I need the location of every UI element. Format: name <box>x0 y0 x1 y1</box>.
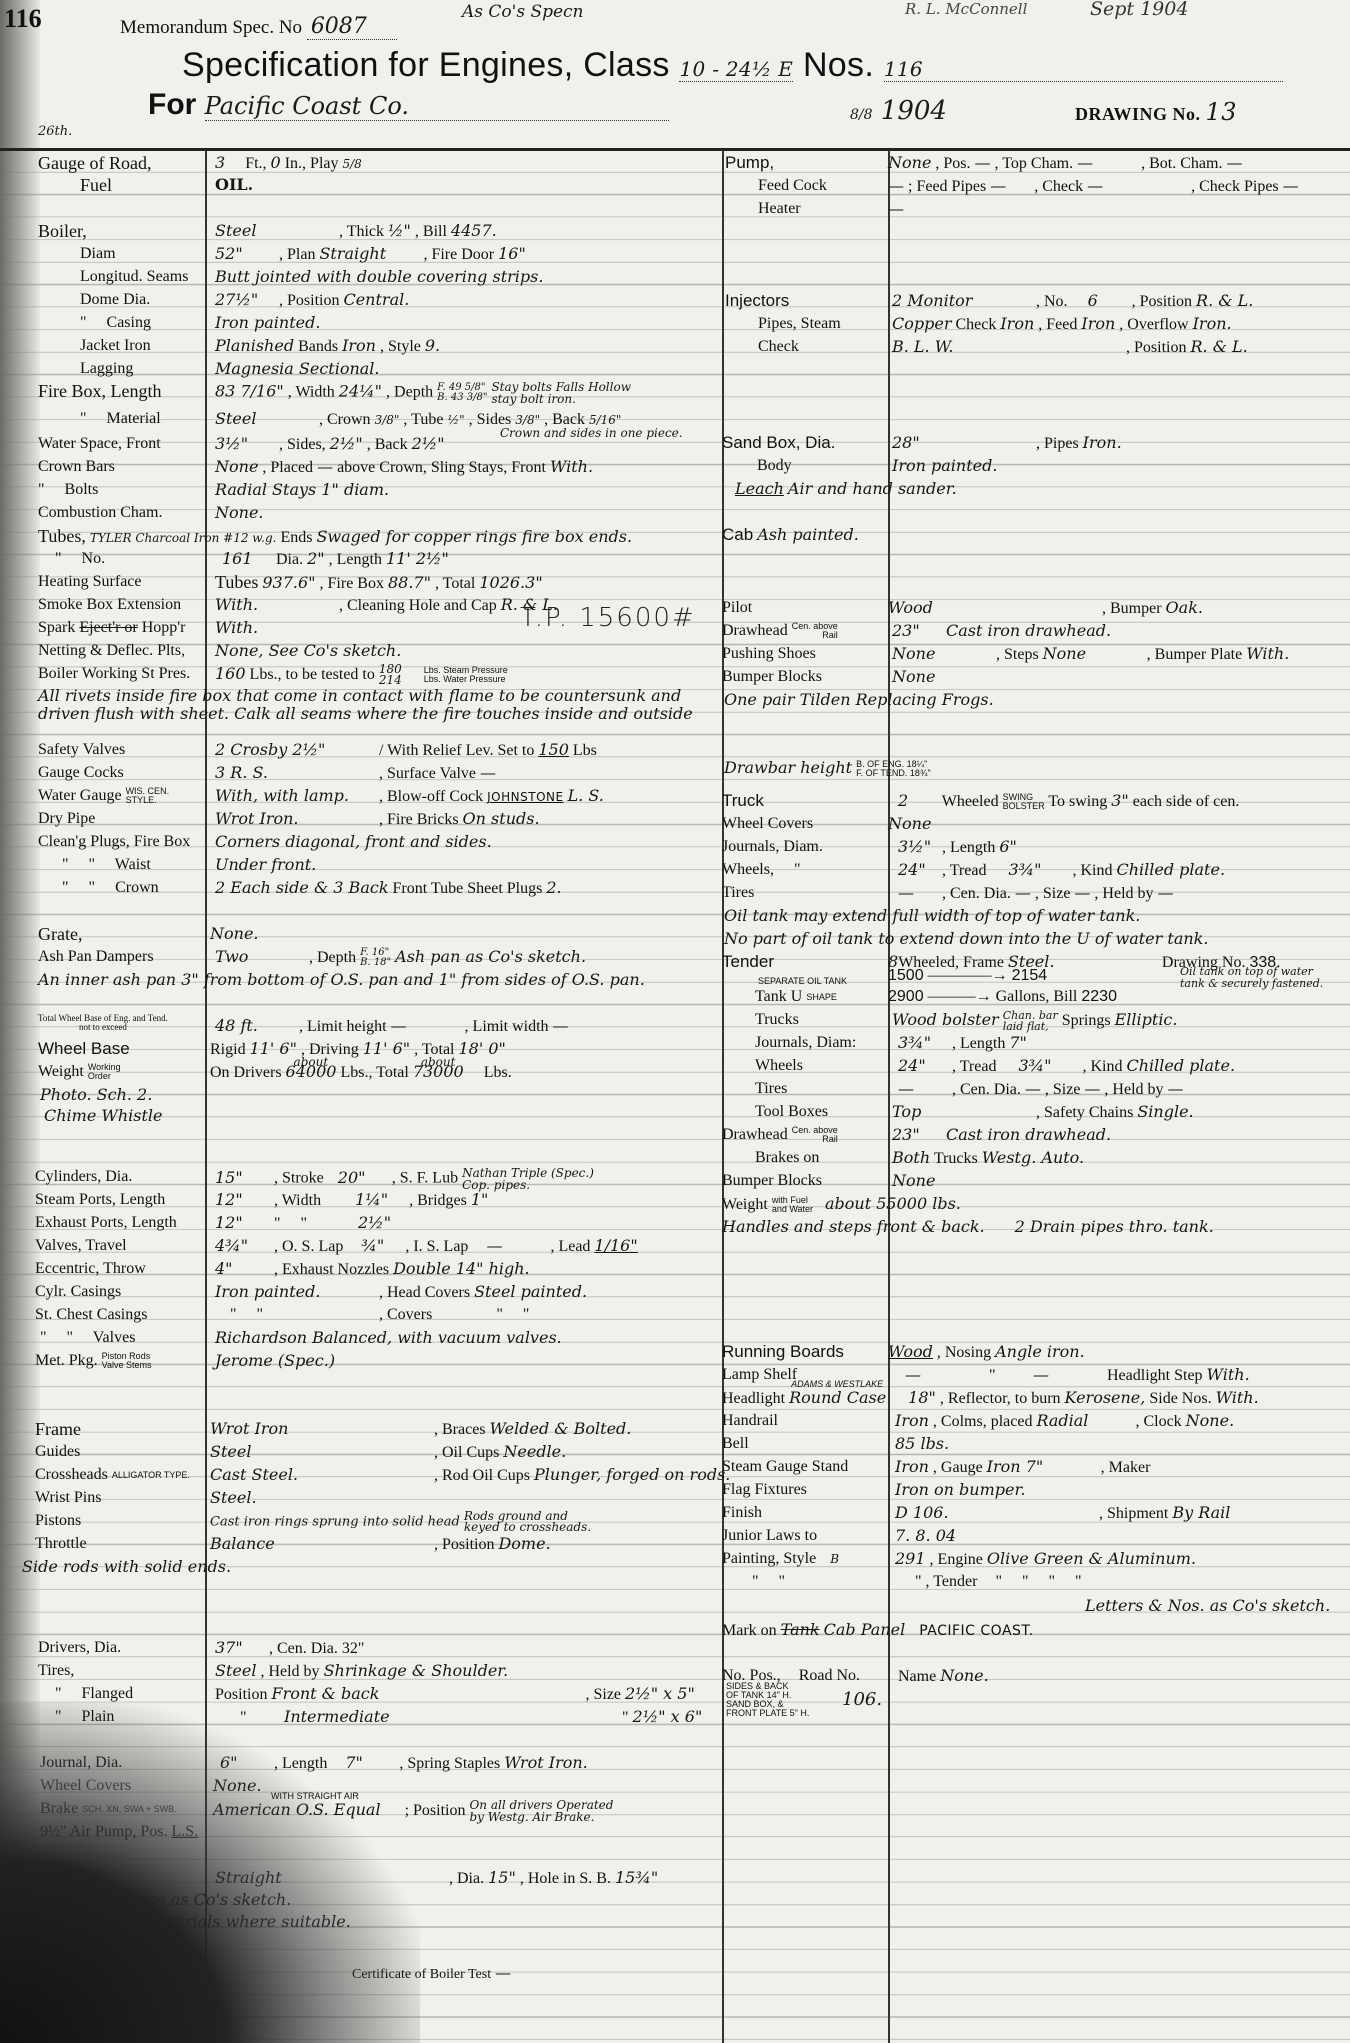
field-label: Heating Surface <box>38 573 142 590</box>
field-label: Injectors <box>725 291 789 310</box>
field-label: Wrist Pins <box>35 1489 101 1506</box>
field-value: — <box>905 1365 985 1385</box>
field-value: Both <box>892 1148 930 1167</box>
wheel-covers-right-value: None <box>888 814 931 835</box>
field-label: , Shipment <box>1099 1505 1168 1522</box>
lagging-row: Lagging <box>80 359 133 379</box>
field-value: None <box>892 644 992 664</box>
field-label: , Bridges <box>409 1192 467 1209</box>
pushing-row: Pushing Shoes <box>722 644 816 664</box>
field-value: 23" <box>892 1125 942 1145</box>
field-label: Ash Pan Dampers <box>38 948 154 965</box>
field-label: not to exceed <box>38 1023 168 1032</box>
frame-values: Wrot Iron , Braces Welded & Bolted. <box>210 1419 631 1440</box>
field-value: 1026.3" <box>479 573 542 592</box>
lubricator: Nathan Triple (Spec.) Cop. pipes. <box>462 1167 594 1191</box>
field-label: Pilot <box>722 599 752 616</box>
field-label: , Check Pipes <box>1191 178 1279 195</box>
material-row: " Material <box>80 409 161 429</box>
field-label: Fuel <box>80 175 112 195</box>
eccentric-row: Eccentric, Throw <box>35 1259 146 1279</box>
field-label: , Engine <box>930 1551 983 1568</box>
field-value: 106. <box>842 1689 882 1710</box>
pipes-steam-values: Copper Check Iron , Feed Iron , Overflow… <box>892 314 1232 335</box>
field-label: SEPARATE OIL TANK <box>758 977 847 986</box>
field-value: 1/16" <box>594 1236 637 1255</box>
field-label: Trucks <box>755 1011 799 1028</box>
drawhead-values: 23" Cast iron drawhead. <box>892 621 1111 642</box>
field-value: Balance <box>210 1534 430 1554</box>
field-value: — <box>1033 1365 1103 1385</box>
field-value: Plunger, forged on rods. <box>534 1465 730 1484</box>
field-label: Combustion Cham. <box>38 504 162 521</box>
struck-value: Tank <box>781 1620 820 1639</box>
field-label: Order <box>88 1072 121 1081</box>
field-label: Side Nos. <box>1149 1390 1211 1407</box>
field-label: To swing <box>1048 793 1107 810</box>
field-label: " No. <box>55 550 105 567</box>
field-value: Ash pan as Co's sketch. <box>395 947 586 966</box>
field-value: Wrot Iron <box>210 1419 430 1439</box>
field-label: Feed Cock <box>758 177 827 194</box>
exhaust-ports-row: Exhaust Ports, Length <box>35 1213 177 1233</box>
field-value: 3 <box>215 153 225 172</box>
ditto-mark: " " <box>496 1306 529 1323</box>
field-label: Body <box>757 457 792 474</box>
tender-wheels-values: 24" , Tread 3¾" , Kind Chilled plate. <box>898 1056 1235 1077</box>
brakes-on-row: Brakes on <box>755 1148 819 1168</box>
field-value: None, See Co's sketch. <box>215 641 401 660</box>
field-value: Corners diagonal, front and sides. <box>215 832 492 851</box>
field-value: ¾" <box>361 1236 401 1256</box>
field-label: Valve Stems <box>102 1361 152 1370</box>
field-value: 150 <box>538 740 569 759</box>
oil-tank-note-1: Oil tank may extend full width of top of… <box>724 906 1140 927</box>
field-label: Headlight <box>722 1390 785 1407</box>
sand-box-values: 28" , Pipes Iron. <box>892 433 1122 454</box>
flag-value: Iron on bumper. <box>895 1480 1025 1501</box>
loco-note: 26th. <box>38 124 72 139</box>
chest-valves-row: " " Valves <box>40 1328 135 1348</box>
field-label: , Bot. Cham. <box>1141 155 1222 172</box>
right-column-divider <box>888 150 890 2043</box>
plugs-waist-value: Under front. <box>215 855 316 876</box>
field-label: , Thick <box>339 223 384 240</box>
total-wb-row: Total Wheel Base of Eng. and Tend. not t… <box>38 1014 168 1036</box>
field-value: Elliptic. <box>1115 1010 1178 1029</box>
about-note: about <box>421 1052 456 1072</box>
field-label: Weight <box>722 1196 768 1213</box>
field-value: D 106. <box>895 1503 1095 1523</box>
field-value: 48 ft. <box>215 1016 295 1036</box>
field-value: B. 43 3/8" <box>437 393 487 403</box>
field-label: Jacket Iron <box>80 337 151 354</box>
field-value: With. <box>1246 644 1289 663</box>
field-label: Headlight Step <box>1107 1367 1203 1384</box>
field-label: Wheel Base <box>38 1039 130 1058</box>
field-label: Tank U <box>755 988 802 1005</box>
field-label: Netting & Deflec. Plts, <box>38 642 185 659</box>
painting-tender-row: " " <box>752 1572 785 1592</box>
field-label: , Limit width <box>465 1018 549 1035</box>
field-label: Crossheads <box>35 1466 108 1483</box>
field-label: " " Waist <box>62 856 151 873</box>
field-value: Two <box>215 947 305 967</box>
painting-values: 291 , Engine Olive Green & Aluminum. <box>895 1549 1196 1570</box>
field-label: , Crown <box>319 411 371 428</box>
field-value: 2154 <box>1012 967 1048 984</box>
field-label: , Bill <box>415 223 447 240</box>
number-positions: SIDES & BACK OF TANK 14" H. SAND BOX, & … <box>726 1682 809 1718</box>
mark-on-row: Mark on Tank Cab Panel PACIFIC COAST. <box>722 1620 1034 1641</box>
field-label: Tender <box>722 952 774 971</box>
field-value: Double 14" high. <box>393 1259 530 1278</box>
field-value: — <box>888 199 904 218</box>
photo-note: Photo. Sch. 2. <box>40 1085 152 1106</box>
wheels-values: 24" , Tread 3¾" , Kind Chilled plate. <box>898 860 1225 881</box>
gauge-row: Gauge of Road, <box>38 153 151 175</box>
field-value: Cast iron rings sprung into solid head <box>210 1515 460 1530</box>
field-value: Cast iron drawhead. <box>946 621 1111 640</box>
field-label: Springs <box>1062 1012 1111 1029</box>
field-label: Valves, Travel <box>35 1237 127 1254</box>
field-value: 12" <box>215 1190 270 1210</box>
frame-row: Frame <box>35 1419 81 1441</box>
field-label: Name <box>898 1668 936 1685</box>
field-value: 1¼" <box>355 1190 405 1210</box>
field-value: None <box>892 667 935 686</box>
tender-weight-sub: with Fuel and Water <box>772 1196 813 1214</box>
netting-row: Netting & Deflec. Plts, <box>38 641 185 661</box>
field-value: Ash painted. <box>757 525 859 544</box>
field-value: ½" <box>447 413 464 427</box>
field-label: , Bumper Plate <box>1147 646 1243 663</box>
field-label: above Crown, Sling Stays, Front <box>337 459 546 476</box>
field-label: , Plan <box>279 246 315 263</box>
injectors-values: 2 Monitor , No. 6 , Position R. & L. <box>892 291 1253 312</box>
title-text: Specification for Engines, Class <box>182 46 670 84</box>
field-value: 32" <box>342 1640 365 1657</box>
cylinders-row: Cylinders, Dia. <box>35 1167 132 1187</box>
field-value: With. <box>1216 1388 1259 1407</box>
field-value: Magnesia Sectional. <box>215 359 380 378</box>
field-label: Weight <box>38 1063 84 1080</box>
memo-number: 6087 <box>307 14 397 40</box>
truck-values: 2 Wheeled SWING BOLSTER To swing 3" each… <box>898 791 1239 812</box>
field-label: Rail <box>792 1135 838 1144</box>
drawhead-sub: Cen. above Rail <box>792 622 838 640</box>
ditto-mark: " " <box>752 1573 785 1590</box>
field-label: Lbs. <box>484 1064 512 1081</box>
field-value: Shrinkage & Shoulder. <box>324 1661 509 1680</box>
pipes-steam-row: Pipes, Steam <box>758 314 841 334</box>
field-label: Guides <box>35 1443 80 1460</box>
field-value: 52" <box>215 244 275 264</box>
field-label: " Flanged <box>55 1685 133 1702</box>
field-value: 1500 <box>888 967 924 984</box>
field-value: Iron <box>1000 314 1034 333</box>
field-label: , Fire Bricks <box>379 811 459 828</box>
field-label: , Oil Cups <box>434 1444 499 1461</box>
boiler-row: Boiler, <box>38 221 87 243</box>
plugs-fb-row: Clean'g Plugs, Fire Box <box>38 832 190 852</box>
field-label: each side of cen. <box>1133 793 1240 810</box>
fuel-row: Fuel <box>80 175 112 197</box>
field-value: Dome. <box>498 1534 550 1553</box>
bumper-blocks-row: Bumper Blocks <box>722 667 822 687</box>
field-value: 27½" <box>215 290 275 310</box>
field-value: None. <box>215 503 264 522</box>
field-label: Junior Laws to <box>722 1527 817 1544</box>
staybolt-note: Stay bolts Falls Hollow stay bolt iron. <box>491 381 631 405</box>
field-label: Smoke Box Extension <box>38 596 181 613</box>
for-label: For <box>148 88 196 121</box>
field-label: Dry Pipe <box>38 810 95 827</box>
field-label: , Width <box>288 384 335 401</box>
field-label: , Steps <box>996 646 1039 663</box>
field-value: By Rail <box>1172 1503 1230 1522</box>
field-label: Met. Pkg. <box>35 1352 98 1369</box>
field-value: 2½" <box>412 434 445 453</box>
field-label: Fire Box, Length <box>38 381 162 401</box>
field-value: 3½" <box>898 837 938 857</box>
nos-value: 116 <box>884 57 1283 82</box>
comb-value: None. <box>215 503 264 524</box>
as-cos-spec-note: As Co's Specn <box>462 2 584 22</box>
pressure-values: 160 Lbs., to be tested to 180 214 Lbs. S… <box>215 664 508 686</box>
tires-row: Tires, <box>38 1661 74 1681</box>
customer-name: Pacific Coast Co. <box>205 92 669 121</box>
field-value: about 55000 lbs. <box>825 1194 961 1213</box>
field-label: On Drivers <box>210 1064 282 1081</box>
field-label: , No. <box>1036 293 1068 310</box>
field-label: , Limit height <box>299 1018 387 1035</box>
drawbar-row: Drawbar height B. OF ENG. 18¼" F. OF TEN… <box>724 758 931 779</box>
field-label: Ends <box>280 529 312 546</box>
note-text: Air and hand sander. <box>788 479 957 498</box>
drivers-values: 37" , Cen. Dia. 32" <box>215 1638 364 1659</box>
field-value: 3/8" <box>375 413 400 427</box>
for-line: For Pacific Coast Co. <box>148 88 669 122</box>
field-value: PACIFIC COAST. <box>919 1623 1034 1639</box>
field-label: Bumper Blocks <box>722 1172 822 1189</box>
field-value: STYLE. <box>126 796 170 805</box>
field-label: " " Valves <box>40 1329 135 1346</box>
tender-journals-values: 3¾" , Length 7" <box>898 1033 1027 1054</box>
field-label: , Tube <box>403 411 443 428</box>
crossheads-row: Crossheads ALLIGATOR TYPE. <box>35 1465 190 1485</box>
field-value: 4" <box>215 1259 270 1279</box>
diam-values: 52" , Plan Straight , Fire Door 16" <box>215 244 526 265</box>
flanged-row: " Flanged <box>55 1684 133 1704</box>
safety-values: 2 Crosby 2½" / With Relief Lev. Set to 1… <box>215 740 597 761</box>
field-value: — <box>990 176 1030 196</box>
cylinders-values: 15" , Stroke 20" , S. F. Lub Nathan Trip… <box>215 1167 594 1191</box>
tubes-no-row: " No. <box>55 549 105 569</box>
water-space-values: 3½" , Sides, 2½" , Back 2½" <box>215 434 445 455</box>
field-label: , Fire Box <box>320 575 384 592</box>
field-value: None. <box>210 924 259 943</box>
field-value: Swaged for copper rings fire box ends. <box>316 527 632 546</box>
field-label: , Held by <box>1094 885 1153 902</box>
field-value: 15" <box>215 1168 270 1188</box>
painting-row: Painting, Style B <box>722 1549 839 1569</box>
field-value: Iron <box>895 1457 929 1476</box>
field-label: , Tread <box>952 1058 996 1075</box>
netting-value: None, See Co's sketch. <box>215 641 401 662</box>
field-value: — <box>1283 176 1299 195</box>
brake-position: On all drivers Operated by Westg. Air Br… <box>469 1799 613 1823</box>
letters-note: Letters & Nos. as Co's sketch. <box>1085 1596 1330 1617</box>
field-value: B. L. W. <box>892 337 1122 357</box>
year-value: 1904 <box>881 96 947 126</box>
tubes-row: Tubes, TYLER Charcoal Iron #12 w.g. Ends… <box>38 526 632 548</box>
field-value: Steel <box>215 1661 256 1680</box>
field-value: — <box>1077 153 1137 173</box>
field-value: Iron painted. <box>215 313 320 332</box>
pushing-values: None , Steps None , Bumper Plate With. <box>892 644 1289 665</box>
running-boards-row: Running Boards <box>722 1342 844 1363</box>
field-value: 15" <box>488 1868 516 1887</box>
diam-row: Diam <box>80 244 116 264</box>
met-pkg-value: Jerome (Spec.) <box>215 1351 335 1372</box>
field-value: — <box>1226 153 1242 172</box>
total-wb-values: 48 ft. , Limit height — , Limit width — <box>215 1016 569 1037</box>
field-value: None. <box>940 1666 989 1685</box>
journals-row: Journals, Diam. <box>722 837 823 857</box>
field-label: Flag Fixtures <box>722 1481 807 1498</box>
field-label: , Back <box>367 436 408 453</box>
field-value: — <box>1168 1079 1184 1098</box>
field-value: ADAMS & WESTLAKE <box>791 1380 883 1389</box>
field-value: Jerome (Spec.) <box>215 1351 335 1370</box>
field-value: Iron. <box>1193 314 1232 333</box>
field-label: Steam Ports, Length <box>35 1191 165 1208</box>
field-label: Tubes <box>215 572 258 592</box>
field-value: 2½" x 6" <box>633 1707 703 1726</box>
bell-row: Bell <box>722 1434 749 1454</box>
chan-bar: Chan. bar laid flat, <box>1003 1010 1058 1032</box>
field-value: 3¾" <box>898 1033 948 1053</box>
weight-row: Weight Working Order <box>38 1062 121 1082</box>
cyl-casings-row: Cylr. Casings <box>35 1282 121 1302</box>
field-label: , Pos. <box>935 155 970 172</box>
tender-bumper-row: Bumper Blocks <box>722 1171 822 1191</box>
field-value: 291 <box>895 1549 926 1568</box>
field-label: , Hole in S. B. <box>520 1870 611 1887</box>
field-label: , Bumper <box>1102 600 1162 617</box>
steam-ports-values: 12" , Width 1¼" , Bridges 1" <box>215 1190 488 1211</box>
field-label: , Size <box>1045 1081 1081 1098</box>
chest-valves-value: Richardson Balanced, with vacuum valves. <box>215 1328 562 1349</box>
note-text: Chime Whistle <box>44 1106 162 1125</box>
field-label: Trucks <box>934 1150 978 1167</box>
field-label: , Gauge <box>933 1459 983 1476</box>
field-label: Pistons <box>35 1512 81 1529</box>
field-label: Water Gauge <box>38 787 122 804</box>
field-value: 2½" <box>358 1213 391 1232</box>
smoke-values: With. , Cleaning Hole and Cap R. & L. <box>215 595 558 616</box>
field-label: ; Feed Pipes <box>908 178 986 195</box>
dry-pipe-row: Dry Pipe <box>38 809 95 829</box>
chest-casings-row: St. Chest Casings <box>35 1305 147 1325</box>
field-value: Wrot Iron. <box>215 809 375 829</box>
sand-box-row: Sand Box, Dia. <box>722 433 835 454</box>
field-value: 160 <box>215 664 246 683</box>
field-label: Frame <box>35 1419 81 1439</box>
ash-dampers-row: Ash Pan Dampers <box>38 947 154 967</box>
safety-row: Safety Valves <box>38 740 125 760</box>
pilot-values: Wood , Bumper Oak. <box>888 598 1203 619</box>
field-value: With, with lamp. <box>215 786 375 806</box>
gauge-stand-values: Iron , Gauge Iron 7" , Maker <box>895 1457 1150 1478</box>
cyl-casings-values: Iron painted. , Head Covers Steel painte… <box>215 1282 587 1303</box>
field-label: , Cen. Dia. <box>952 1081 1021 1098</box>
field-value: None <box>892 1171 935 1190</box>
pump-values: None , Pos. — , Top Cham. — , Bot. Cham.… <box>888 153 1242 174</box>
field-value: Richardson Balanced, with vacuum valves. <box>215 1328 562 1347</box>
field-label: SHAPE <box>806 993 837 1002</box>
check-row: Check <box>758 337 799 357</box>
field-value: — <box>975 153 991 172</box>
pilot-row: Pilot <box>722 598 752 618</box>
running-boards-values: Wood , Nosing Angle iron. <box>888 1342 1085 1363</box>
field-label: Drawbar height <box>724 758 852 777</box>
field-label: Boiler, <box>38 221 87 241</box>
field-value: 20" <box>338 1168 388 1188</box>
field-value: Steel <box>215 221 335 241</box>
oil-tank-note-2: No part of oil tank to extend down into … <box>724 929 1208 950</box>
painting-tender-values: " , Tender " " " " <box>915 1572 1082 1592</box>
tender-drawhead-values: 23" Cast iron drawhead. <box>892 1125 1111 1146</box>
field-label: Drawhead <box>722 1126 788 1143</box>
flanged-values: Position Front & back , Size 2½" x 5" <box>215 1684 695 1705</box>
field-label: Lagging <box>80 360 133 377</box>
field-value: Crown and sides in one piece. <box>500 426 683 440</box>
date-small: 8/8 <box>850 107 873 123</box>
field-label: , Held by <box>1104 1081 1163 1098</box>
field-label: , Depth <box>386 384 433 401</box>
cab-row: Cab Ash painted. <box>722 525 859 546</box>
field-value: 11' 2½" <box>386 549 449 568</box>
junior-laws-value: 7. 8. 04 <box>895 1526 956 1547</box>
field-label: , Placed <box>262 459 313 476</box>
tool-boxes-values: Top , Safety Chains Single. <box>892 1102 1194 1123</box>
field-value: Chilled plate. <box>1116 860 1225 879</box>
corner-mark: 116 <box>4 4 42 34</box>
field-value: — <box>888 176 904 195</box>
field-value: Chilled plate. <box>1126 1056 1235 1075</box>
field-label: " Casing <box>80 314 151 331</box>
weight-values: On Drivers about 64000 Lbs., Total about… <box>210 1062 512 1083</box>
field-label: Cylr. Casings <box>35 1283 121 1300</box>
met-pkg-row: Met. Pkg. Piston Rods Valve Stems <box>35 1351 152 1371</box>
field-label: Wheeled <box>942 793 999 810</box>
brakes-on-values: Both Trucks Westg. Auto. <box>892 1148 1084 1169</box>
handrail-row: Handrail <box>722 1411 778 1431</box>
field-value: Under front. <box>215 855 316 874</box>
field-label: Eccentric, Throw <box>35 1260 146 1277</box>
field-value: R. & L. <box>1196 291 1253 310</box>
field-label: , Braces <box>434 1421 486 1438</box>
field-value: Radial <box>1036 1411 1131 1431</box>
page-corner-shadow <box>0 1703 420 2043</box>
field-label: , Size <box>1035 885 1071 902</box>
fuel-value: OIL. <box>215 175 253 196</box>
signature-date: Sept 1904 <box>1090 0 1188 20</box>
field-label: , Surface Valve <box>379 765 476 782</box>
field-label: and Water <box>772 1205 813 1214</box>
